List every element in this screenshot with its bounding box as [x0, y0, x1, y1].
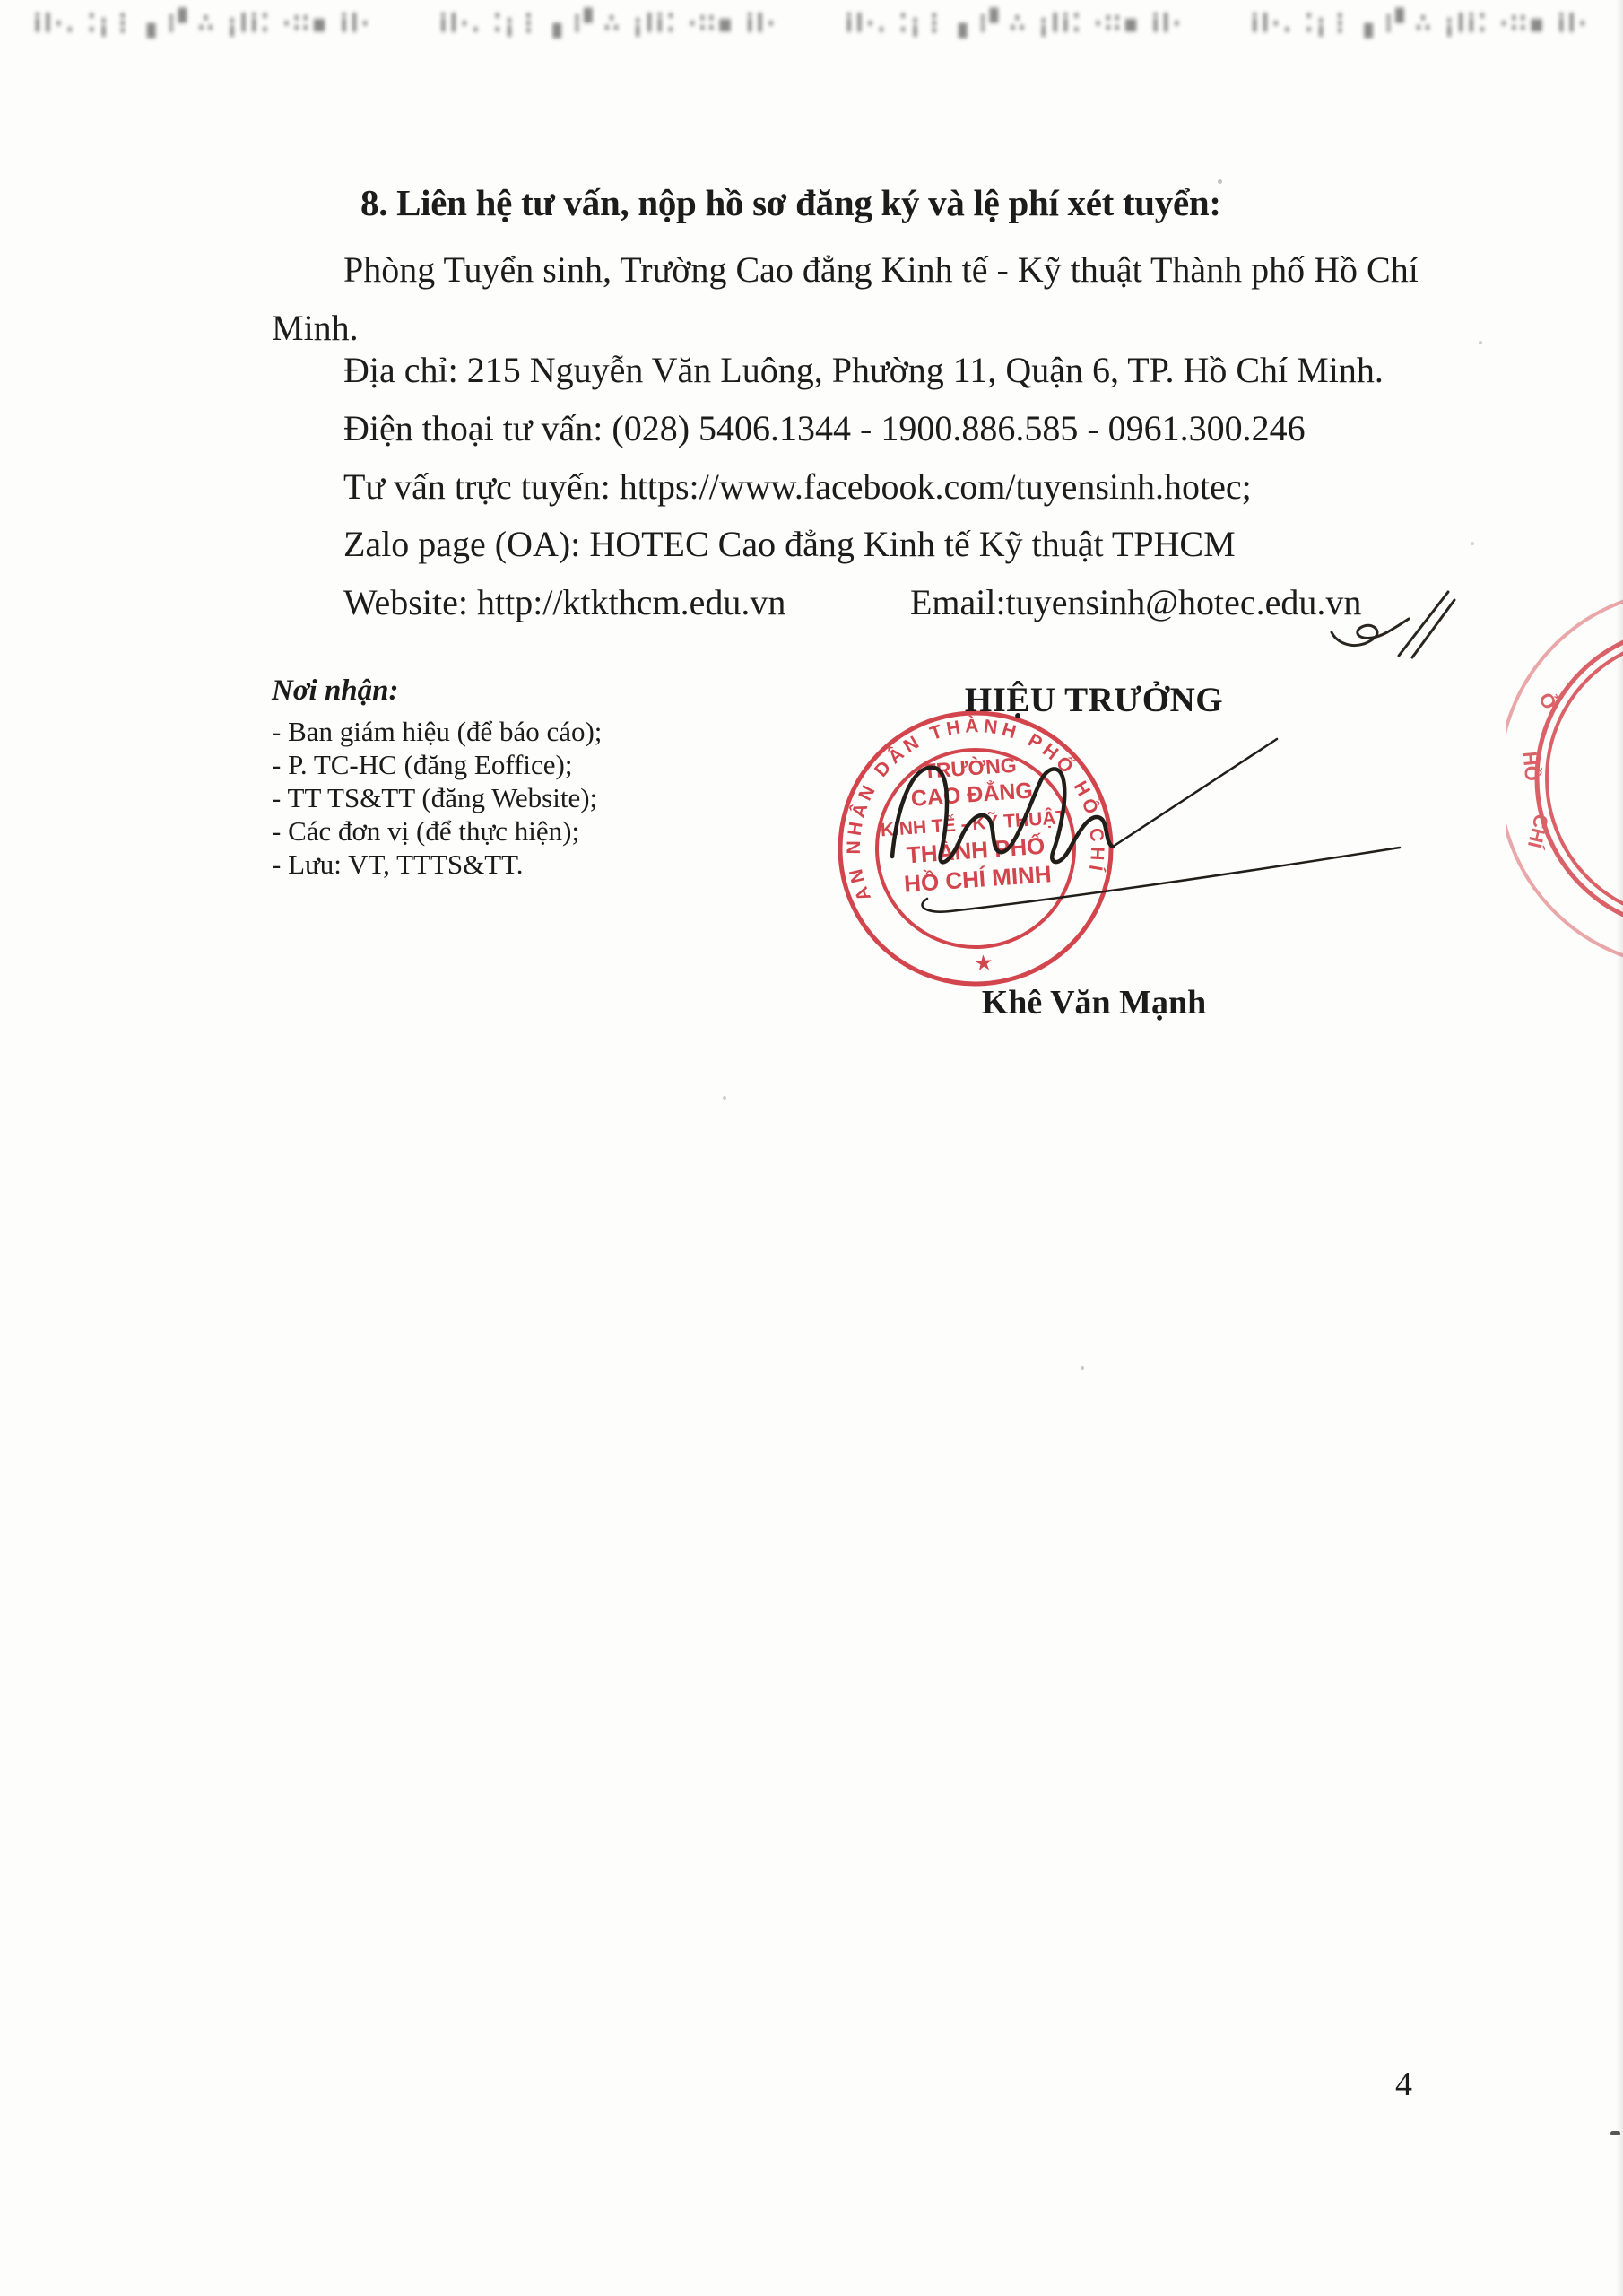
scanned-document-page: il·. ⁚¡⋮ ▖⁞▘∴ ¡li⁚ ·∷▪ il· il·. ⁚¡⋮ ▖⁞▘∴… [0, 0, 1623, 2296]
scan-speck [1479, 341, 1482, 344]
recipients-block: Nơi nhận: - Ban giám hiệu (để báo cáo); … [272, 674, 602, 881]
scan-speck [723, 1096, 726, 1100]
page-edge-shadow [1616, 0, 1623, 2296]
phone-line: Điện thoại tư vấn: (028) 5406.1344 - 190… [343, 409, 1306, 448]
recipient-item: - P. TC-HC (đăng Eoffice); [272, 748, 602, 781]
intro-line-2: Minh. [272, 309, 359, 348]
artifact-cluster: il·. ⁚¡⋮ ▖⁞▘∴ ¡li⁚ ·∷▪ il· [846, 7, 1184, 37]
seal-fragment-letter: HỒ [1519, 751, 1544, 782]
recipient-item: - Các đơn vị (để thực hiện); [272, 814, 602, 848]
section-heading: 8. Liên hệ tư vấn, nộp hồ sơ đăng ký và … [360, 183, 1221, 223]
initials-paraph-ink [1314, 578, 1502, 677]
page-number: 4 [1395, 2065, 1412, 2104]
artifact-cluster: il·. ⁚¡⋮ ▖⁞▘∴ ¡li⁚ ·∷▪ il· [439, 7, 777, 37]
scan-speck [1081, 1366, 1084, 1370]
zalo-line: Zalo page (OA): HOTEC Cao đẳng Kinh tế K… [343, 525, 1236, 564]
recipient-item: - Lưu: VT, TTTS&TT. [272, 848, 602, 881]
signature-ink [861, 709, 1453, 951]
seal-star-icon: ★ [973, 951, 994, 976]
artifact-cluster: il·. ⁚¡⋮ ▖⁞▘∴ ¡li⁚ ·∷▪ il· [34, 7, 372, 37]
website-line: Website: http://ktkthcm.edu.vn [343, 583, 785, 622]
scan-speck [1471, 542, 1474, 545]
partial-seal-edge: Ở HỒ CHÍ [1506, 574, 1623, 996]
seal-fragment-letter: Ở [1534, 689, 1562, 715]
artifact-cluster: il·. ⁚¡⋮ ▖⁞▘∴ ¡li⁚ ·∷▪ il· [1251, 7, 1589, 37]
recipient-item: - Ban giám hiệu (để báo cáo); [272, 715, 602, 748]
address-line: Địa chỉ: 215 Nguyễn Văn Luông, Phường 11… [343, 351, 1384, 390]
signer-name: Khê Văn Mạnh [933, 983, 1255, 1022]
intro-line-1: Phòng Tuyển sinh, Trường Cao đẳng Kinh t… [343, 250, 1419, 290]
online-consult-line: Tư vấn trực tuyến: https://www.facebook.… [343, 467, 1252, 507]
scanner-artifact-band: il·. ⁚¡⋮ ▖⁞▘∴ ¡li⁚ ·∷▪ il· il·. ⁚¡⋮ ▖⁞▘∴… [0, 1, 1623, 44]
seal-fragment-letter: CHÍ [1523, 812, 1553, 850]
recipients-title: Nơi nhận: [272, 674, 602, 708]
email-line: Email:tuyensinh@hotec.edu.vn [910, 583, 1361, 622]
recipient-item: - TT TS&TT (đăng Website); [272, 781, 602, 814]
